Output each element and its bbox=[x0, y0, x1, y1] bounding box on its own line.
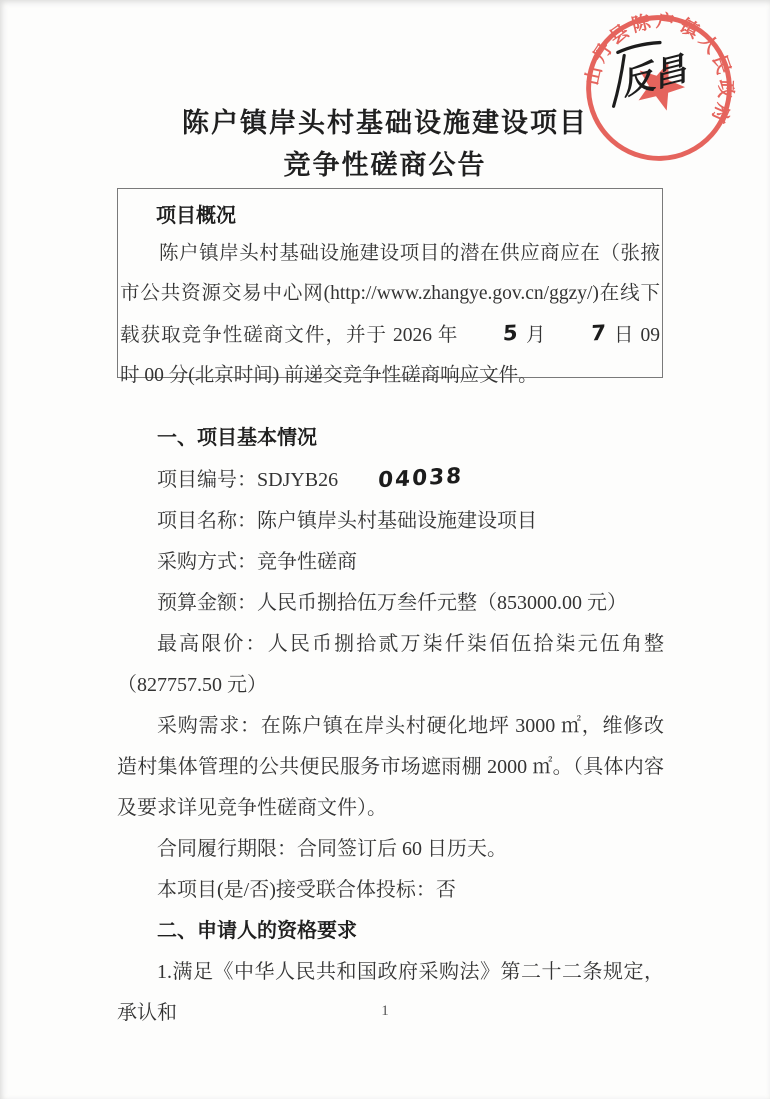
field-project-name: 项目名称：陈户镇岸头村基础设施建设项目 bbox=[117, 501, 664, 542]
field-label: 合同履行期限： bbox=[157, 838, 297, 860]
document-body: 一、项目基本情况 项目编号：SDJYB2604038 项目名称：陈户镇岸头村基础… bbox=[117, 418, 664, 1034]
field-label: 采购需求： bbox=[157, 715, 261, 737]
field-label: 采购方式： bbox=[157, 551, 257, 573]
field-label: 项目名称： bbox=[157, 510, 257, 532]
field-label: 本项目(是/否)接受联合体投标： bbox=[157, 879, 436, 901]
handwritten-day: 7 bbox=[551, 312, 609, 355]
field-label: 预算金额： bbox=[157, 592, 257, 614]
field-consortium-bidding: 本项目(是/否)接受联合体投标：否 bbox=[117, 870, 664, 911]
field-value: 竞争性磋商 bbox=[257, 551, 357, 573]
overview-paragraph: 陈户镇岸头村基础设施建设项目的潜在供应商应在（张掖市公共资源交易中心网(http… bbox=[120, 234, 660, 396]
document-page: 陈户镇岸头村基础设施建设项目 竞争性磋商公告 山丹县陈户镇人民政府 反昌 项目概… bbox=[0, 0, 770, 1099]
field-value: 否 bbox=[436, 879, 456, 901]
field-value: 合同签订后 60 日历天。 bbox=[297, 838, 507, 860]
section-basic-heading: 一、项目基本情况 bbox=[117, 418, 664, 459]
qualification-item-1: 1.满足《中华人民共和国政府采购法》第二十二条规定，承认和 bbox=[117, 952, 664, 1034]
signature-text: 反昌 bbox=[615, 48, 692, 103]
official-seal: 山丹县陈户镇人民政府 反昌 bbox=[570, 0, 748, 176]
field-label: 项目编号： bbox=[157, 469, 257, 491]
project-overview-box: 项目概况 陈户镇岸头村基础设施建设项目的潜在供应商应在（张掖市公共资源交易中心网… bbox=[117, 188, 663, 378]
field-project-number: 项目编号：SDJYB2604038 bbox=[117, 459, 664, 501]
field-budget-amount: 预算金额：人民币捌拾伍万叁仟元整（853000.00 元） bbox=[117, 583, 664, 624]
handwritten-month: 5 bbox=[463, 312, 521, 355]
field-max-price: 最高限价：人民币捌拾贰万柒仟柒佰伍拾柒元伍角整（827757.50 元） bbox=[117, 624, 664, 706]
overview-heading: 项目概况 bbox=[156, 199, 662, 228]
field-value: 人民币捌拾伍万叁仟元整（853000.00 元） bbox=[257, 592, 627, 614]
field-procurement-method: 采购方式：竞争性磋商 bbox=[117, 542, 664, 583]
overview-text-2: 月 bbox=[520, 325, 552, 346]
field-value: SDJYB26 bbox=[257, 469, 338, 491]
page-number: 1 bbox=[0, 1003, 770, 1020]
section-qualification-heading: 二、申请人的资格要求 bbox=[117, 911, 664, 952]
field-label: 最高限价： bbox=[157, 633, 268, 655]
handwritten-project-number: 04038 bbox=[337, 456, 464, 504]
field-contract-period: 合同履行期限：合同签订后 60 日历天。 bbox=[117, 829, 664, 870]
field-value: 陈户镇岸头村基础设施建设项目 bbox=[257, 510, 537, 532]
field-procurement-requirement: 采购需求：在陈户镇在岸头村硬化地坪 3000 ㎡，维修改造村集体管理的公共便民服… bbox=[117, 706, 664, 829]
handwritten-signature: 反昌 bbox=[606, 38, 694, 106]
